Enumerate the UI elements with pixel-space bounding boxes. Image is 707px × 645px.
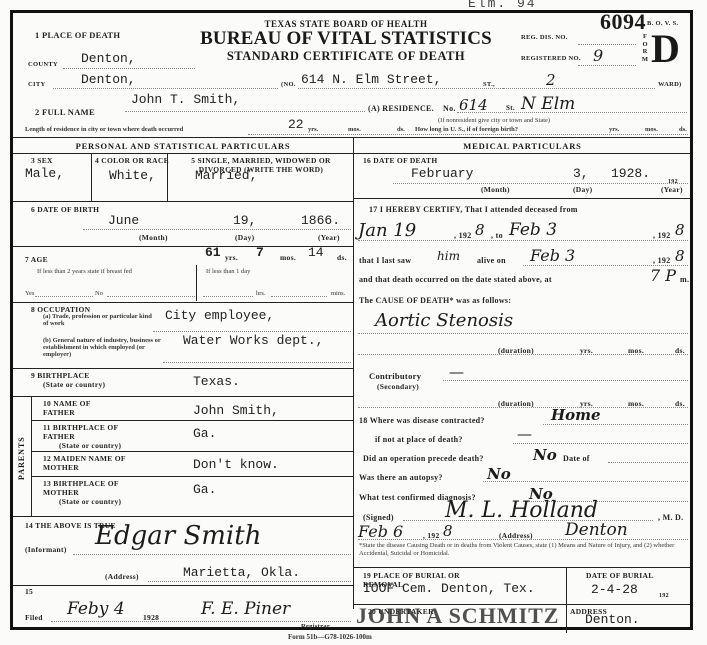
residence-no-label: No. <box>443 104 456 113</box>
filed-label: Filed <box>25 613 43 622</box>
place-of-death-label: 1 PLACE OF DEATH <box>35 30 120 40</box>
contracted-label: 18 Where was disease contracted? <box>359 416 485 425</box>
physician-address: Denton <box>565 520 628 540</box>
sex-label: 3 SEX <box>31 156 53 165</box>
cause-footnote: *State the disease Causing Death or in d… <box>359 542 687 558</box>
birthplace-value: Texas. <box>193 374 240 389</box>
length-residence-value: 22 <box>288 117 304 132</box>
mother-name-value: Don't know. <box>193 457 279 472</box>
nonresident-note: (If nonresident give city or town and St… <box>438 117 550 124</box>
occupation-b-label: (b) General nature of industry, business… <box>43 337 173 358</box>
mother-birthplace-label: 13 BIRTHPLACE OF MOTHER <box>43 479 143 497</box>
city-label: City <box>28 81 45 88</box>
county-value: Denton, <box>81 51 136 66</box>
foreign-birth-label: How long in U. S., if of foreign birth? <box>415 126 518 133</box>
undertaker-address-value: Denton. <box>585 612 640 627</box>
st-label: St., <box>483 81 495 88</box>
occupation-a-value: City employee, <box>165 308 274 323</box>
county-label: County <box>28 61 58 68</box>
registrar-label: Registrar. <box>301 623 331 630</box>
father-birthplace-value: Ga. <box>193 426 216 441</box>
registered-number: 9 <box>593 46 603 65</box>
dob-year: 1866. <box>301 213 340 228</box>
certificate-header: TEXAS STATE BOARD OF HEALTH BUREAU OF VI… <box>181 19 511 64</box>
form-number-footer: Form 51b—G78-1026-100m <box>288 633 372 641</box>
father-birthplace-label: 11 BIRTHPLACE OF FATHER <box>43 423 143 441</box>
form-vertical-letters: F O R M <box>641 33 649 63</box>
city-value: Denton, <box>81 72 136 87</box>
color-value: White, <box>109 168 156 183</box>
personal-section-title: PERSONAL AND STATISTICAL PARTICULARS <box>13 141 353 151</box>
dod-day: 3, <box>573 166 589 181</box>
operation-value: No <box>533 446 557 464</box>
occupation-b-value: Water Works dept., <box>183 333 323 348</box>
birthplace-sub: (State or country) <box>43 380 105 389</box>
header-standard: STANDARD CERTIFICATE OF DEATH <box>181 49 511 64</box>
medical-section-title: MEDICAL PARTICULARS <box>355 141 690 151</box>
residence-label: (a) RESIDENCE. <box>368 104 434 113</box>
marital-value: Married, <box>195 168 257 183</box>
last-saw-date: Feb 3 <box>530 246 575 265</box>
header-bureau: BUREAU OF VITAL STATISTICS <box>181 29 511 49</box>
dod-month: February <box>411 166 473 181</box>
mother-birthplace-value: Ga. <box>193 482 216 497</box>
dob-day: 19, <box>233 213 256 228</box>
informant-address-label: (Address) <box>105 572 139 581</box>
residence-st-value: N Elm <box>521 94 575 114</box>
residence-st-label: St. <box>506 104 515 112</box>
informant-signature: Edgar Smith <box>95 521 261 551</box>
informant-address-value: Marietta, Okla. <box>183 565 300 580</box>
dob-label: 6 DATE OF BIRTH <box>31 205 99 214</box>
burial-place-value: IOOF Cem. Denton, Tex. <box>363 581 535 596</box>
undertaker-stamp: JOHN A SCHMITZ <box>356 603 559 629</box>
ward-label: Ward) <box>658 81 682 88</box>
dod-label: 16 DATE OF DEATH <box>363 156 437 165</box>
length-residence-label: Length of residence in city or town wher… <box>25 126 183 133</box>
occupation-a-label: (a) Trade, profession or particular kind… <box>43 313 153 327</box>
dod-year: 1928. <box>611 166 650 181</box>
registered-label: Registered No. <box>521 55 581 62</box>
contracted-value: Home <box>551 406 601 424</box>
burial-date-value: 2-4-28 <box>591 582 638 597</box>
pronoun-value: him <box>437 249 460 263</box>
burial-date-label: DATE OF BURIAL <box>586 571 654 580</box>
age-label: 7 AGE <box>25 255 48 264</box>
age-days: 14 <box>308 245 324 260</box>
cause-label: The CAUSE OF DEATH* was as follows: <box>359 296 511 305</box>
full-name-value: John T. Smith, <box>131 92 240 107</box>
filed-date: Feby 4 <box>67 599 125 619</box>
street-value: 614 N. Elm Street, <box>301 72 441 87</box>
contributory-label: Contributory <box>369 371 421 381</box>
attended-from: Jan 19 <box>358 220 416 241</box>
form-letter-d: D <box>651 29 680 69</box>
attended-to: Feb 3 <box>509 220 557 240</box>
time-of-death: 7 P <box>650 266 676 285</box>
certificate-number: 6094 <box>600 9 646 35</box>
reg-dis-label: Reg. Dis. No. <box>521 34 568 41</box>
dob-month: June <box>108 213 139 228</box>
ward-value: 2 <box>546 71 556 89</box>
breastfed-note: If less than 2 years state if breast fed <box>37 268 132 275</box>
certify-statement: 17 I HEREBY CERTIFY, That I attended dec… <box>369 205 578 214</box>
registrar-signature: F. E. Piner <box>201 599 290 619</box>
death-certificate: 1 PLACE OF DEATH TEXAS STATE BOARD OF HE… <box>10 10 693 630</box>
street-no-label: (No. <box>281 81 296 88</box>
not-place-value: — <box>517 425 532 443</box>
less-day-note: If less than 1 day <box>206 268 250 275</box>
occurred-statement: and that death occurred on the date stat… <box>359 275 552 284</box>
parents-vertical-label: PARENTS <box>17 436 26 480</box>
contributory-value: — <box>449 363 464 381</box>
age-years: 61 <box>205 245 221 260</box>
cause-value: Aortic Stenosis <box>375 310 513 331</box>
sex-value: Male, <box>25 166 64 181</box>
mother-name-label: 12 MAIDEN NAME OF MOTHER <box>43 454 143 472</box>
informant-label: (Informant) <box>25 545 67 554</box>
color-label: 4 COLOR OR RACE <box>95 156 173 165</box>
father-name-label: 10 NAME OF FATHER <box>43 399 113 417</box>
full-name-label: 2 FULL NAME <box>35 107 95 117</box>
father-name-value: John Smith, <box>193 403 279 418</box>
age-months: 7 <box>256 245 264 260</box>
birthplace-label: 9 BIRTHPLACE <box>31 371 90 380</box>
